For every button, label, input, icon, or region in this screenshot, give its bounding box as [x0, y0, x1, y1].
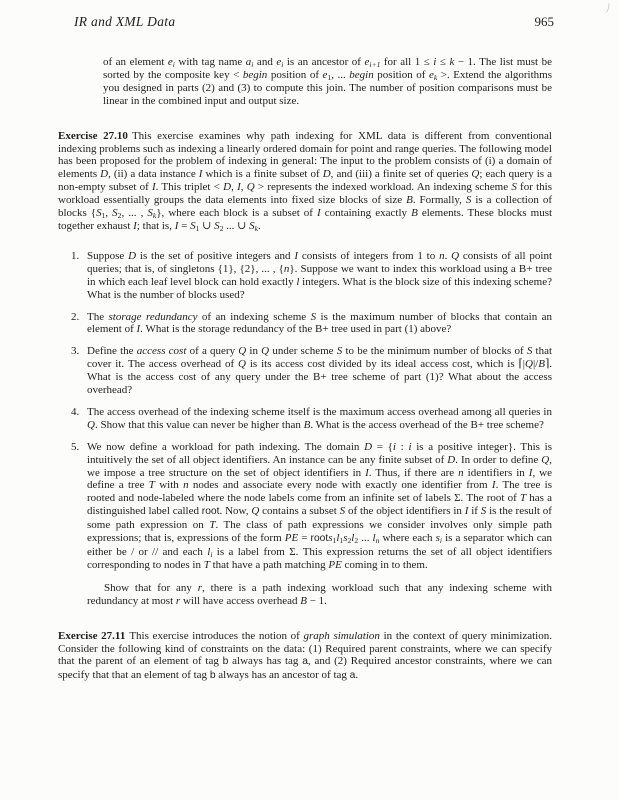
text-run: ... ∪ — [223, 220, 249, 232]
text-run: is an ancestor of — [283, 56, 364, 68]
text-run: is its access cost divided by its ideal … — [246, 358, 525, 370]
list-item: 2.The storage redundancy of an indexing … — [58, 311, 552, 337]
text-run: to be the minimum number of blocks of — [342, 345, 527, 357]
text-run: of an indexing scheme — [197, 311, 310, 323]
item-paragraph: The storage redundancy of an indexing sc… — [87, 311, 552, 337]
text-run: ... — [358, 532, 372, 544]
text-run: Exercise 27.11 — [58, 630, 125, 642]
text-run: and — [253, 56, 276, 68]
text-run: . This triplet < — [156, 181, 223, 193]
item-paragraph: Show that for any r, there is a path ind… — [87, 582, 552, 608]
item-paragraph: Define the access cost of a query Q in Q… — [87, 345, 552, 397]
item-number: 3. — [71, 345, 79, 358]
text-run: , ... , — [121, 207, 147, 219]
text-run: B — [411, 207, 418, 219]
text-run: , ... — [331, 69, 349, 81]
text-run: − 1. — [307, 595, 327, 607]
exercise-27-10-paragraph: Exercise 27.10This exercise examines why… — [58, 130, 552, 233]
text-run: Exercise 27.10 — [58, 130, 128, 142]
text-run: B — [406, 194, 413, 206]
text-run: . Show that this value can never be high… — [95, 419, 304, 431]
text-run: Suppose — [87, 250, 128, 262]
exercise-27-11-paragraph: Exercise 27.11This exercise introduces t… — [58, 630, 552, 684]
running-head: IR and XML Data 965 — [58, 16, 554, 29]
text-run: }, where each block is a subset of — [156, 207, 317, 219]
text-run: . Formally, — [413, 194, 466, 206]
text-run: D — [223, 181, 231, 193]
text-run: is the set of positive integers and — [136, 250, 294, 262]
text-run: always has tag — [228, 655, 302, 667]
text-run: . In order to define — [455, 454, 541, 466]
text-run: PE — [285, 532, 298, 544]
text-run: Q — [451, 250, 459, 262]
text-run: B — [300, 595, 307, 607]
text-run: The access overhead of the indexing sche… — [87, 406, 552, 418]
text-run: . Now, — [220, 505, 252, 517]
text-run: , (ii) a data instance — [108, 168, 199, 180]
text-run: D — [364, 441, 372, 453]
page-number: 965 — [535, 16, 555, 29]
text-run: root — [202, 506, 220, 517]
text-run: where each — [379, 532, 435, 544]
text-run: Show that for any — [104, 582, 198, 594]
list-item: 5.We now define a workload for path inde… — [58, 441, 552, 608]
item-paragraph: We now define a workload for path indexi… — [87, 441, 552, 572]
text-run: always has an ancestor of tag — [216, 669, 350, 681]
text-run: Q — [247, 181, 255, 193]
text-run: consists of integers from 1 to — [298, 250, 439, 262]
text-run: for all 1 ≤ — [380, 56, 433, 68]
text-run: D — [100, 168, 108, 180]
text-run: of a query — [186, 345, 238, 357]
item-number: 5. — [71, 441, 79, 454]
text-run: contains a subset — [259, 505, 339, 517]
list-item: 3.Define the access cost of a query Q in… — [58, 345, 552, 397]
text-run: containing exactly — [321, 207, 411, 219]
text-run: This exercise introduces the notion of — [129, 630, 303, 642]
item-paragraph: The access overhead of the indexing sche… — [87, 406, 552, 432]
text-run: root — [311, 533, 329, 544]
text-run: will have access overhead — [180, 595, 300, 607]
text-run: which is a finite subset of — [202, 168, 322, 180]
text-run: Q — [525, 358, 533, 370]
text-run: Q — [87, 419, 95, 431]
text-run: The — [87, 311, 109, 323]
text-run: of the object identifiers in — [345, 505, 465, 517]
text-run: under scheme — [269, 345, 337, 357]
text-run: = { — [372, 441, 393, 453]
text-run: . What is the access overhead of the B+ … — [310, 419, 544, 431]
text-run: Define the — [87, 345, 137, 357]
text-run: of an element — [103, 56, 168, 68]
text-run: with tag name — [175, 56, 246, 68]
text-run: : — [396, 441, 408, 453]
item-number: 4. — [71, 406, 79, 419]
text-run: ≤ — [436, 56, 449, 68]
text-run: nodes and associate every node with exac… — [189, 479, 492, 491]
page-content: of an element ei with tag name ai and ei… — [58, 52, 552, 683]
item-number: 2. — [71, 311, 79, 324]
text-run: ∪ — [199, 220, 214, 232]
text-run: B — [538, 358, 545, 370]
continued-paragraph: of an element ei with tag name ai and ei… — [103, 56, 552, 108]
text-run: i+1 — [369, 60, 380, 69]
text-run: identifiers in — [464, 467, 529, 479]
text-run: , and (iii) a finite set of queries — [331, 168, 472, 180]
list-item: 4.The access overhead of the indexing sc… — [58, 406, 552, 432]
item-number: 1. — [71, 250, 79, 263]
text-run: graph simulation — [304, 630, 380, 642]
text-run: position of — [267, 69, 322, 81]
text-run: . What is the storage redundancy of the … — [140, 323, 451, 335]
text-run: Q — [238, 358, 246, 370]
text-run: PE — [328, 559, 341, 571]
text-run: that have a path matching — [210, 559, 329, 571]
text-run: > represents the indexed workload. An in… — [255, 181, 512, 193]
item-paragraph: Suppose D is the set of positive integer… — [87, 250, 552, 302]
text-run: position of — [374, 69, 429, 81]
text-run: Q — [261, 345, 269, 357]
scan-artifact — [602, 1, 610, 13]
list-item: 1.Suppose D is the set of positive integ… — [58, 250, 552, 302]
text-run: with — [155, 479, 183, 491]
text-run: = — [298, 532, 310, 544]
text-run: storage redundancy — [109, 311, 198, 323]
text-run: = — [178, 220, 190, 232]
text-run: ; that is, — [137, 220, 175, 232]
text-run: We now define a workload for path indexi… — [87, 441, 364, 453]
book-page: IR and XML Data 965 of an element ei wit… — [0, 0, 618, 800]
text-run: D — [323, 168, 331, 180]
text-run: . — [355, 669, 358, 681]
exercise-parts-list: 1.Suppose D is the set of positive integ… — [58, 250, 552, 608]
text-run: if — [468, 505, 480, 517]
text-run: begin — [243, 69, 267, 81]
chapter-title: IR and XML Data — [58, 16, 175, 29]
text-run: access cost — [137, 345, 187, 357]
text-run: coming in to them. — [342, 559, 428, 571]
text-run: begin — [349, 69, 373, 81]
text-run: D — [128, 250, 136, 262]
text-run: in — [246, 345, 261, 357]
text-run: . Thus, if there are — [369, 467, 458, 479]
text-run: . — [258, 220, 261, 232]
